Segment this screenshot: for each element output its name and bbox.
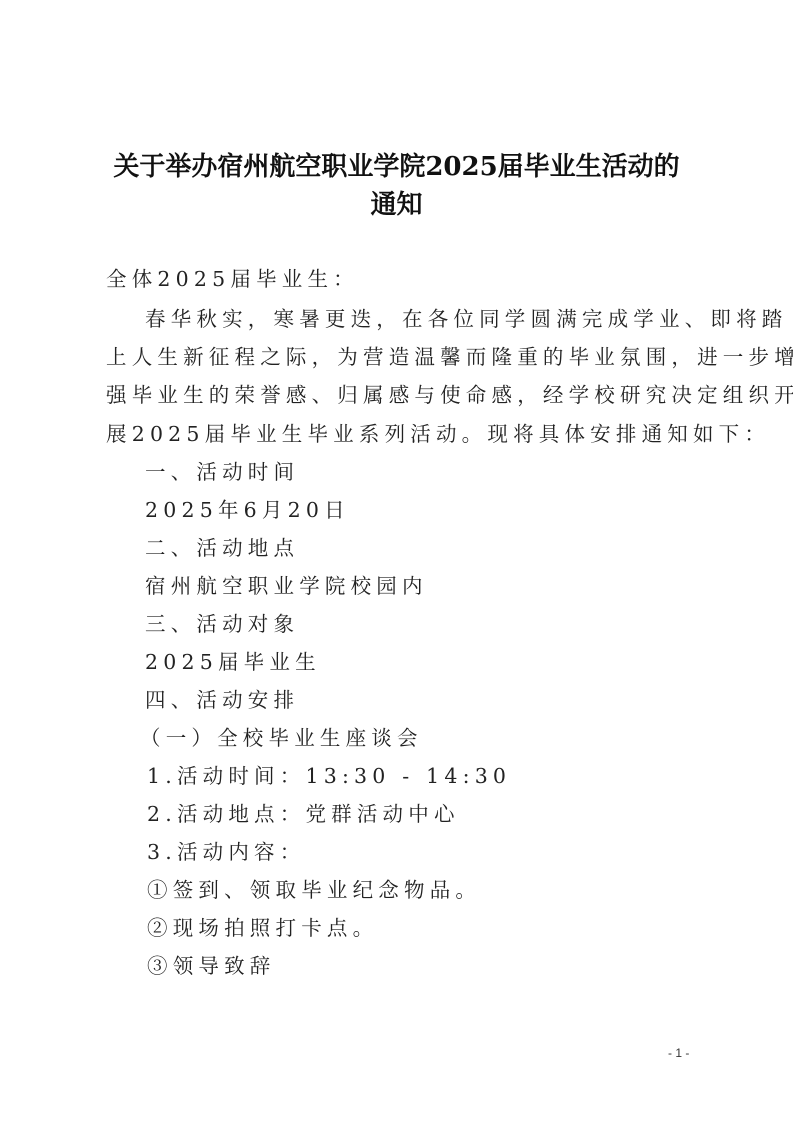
subsection-heading: （一）全校毕业生座谈会: [140, 721, 423, 751]
document-title-line2: 通知: [0, 184, 793, 221]
section-value-time: 2025年6月20日: [145, 493, 350, 523]
list-item-location: 2.活动地点：党群活动中心: [147, 797, 460, 827]
content-item-3: ③领导致辞: [147, 949, 276, 979]
section-value-audience: 2025届毕业生: [145, 645, 321, 675]
paragraph-line-2: 上人生新征程之际，为营造温馨而隆重的毕业氛围，进一步增: [106, 340, 793, 370]
section-heading-time: 一、活动时间: [145, 455, 299, 485]
list-item-content: 3.活动内容：: [147, 835, 305, 865]
paragraph-line-1: 春华秋实，寒暑更迭，在各位同学圆满完成学业、即将踏: [145, 302, 788, 332]
section-value-location: 宿州航空职业学院校园内: [145, 569, 428, 599]
list-item-time: 1.活动时间：13:30 - 14:30: [147, 759, 511, 789]
content-item-2: ②现场拍照打卡点。: [147, 911, 378, 941]
document-title-line1: 关于举办宿州航空职业学院2025届毕业生活动的: [0, 146, 793, 183]
salutation: 全体2025届毕业生：: [106, 262, 359, 292]
page-number: - 1 -: [668, 1046, 689, 1060]
section-heading-audience: 三、活动对象: [145, 607, 299, 637]
paragraph-line-3: 强毕业生的荣誉感、归属感与使命感，经学校研究决定组织开: [106, 378, 793, 408]
section-heading-location: 二、活动地点: [145, 531, 299, 561]
content-item-1: ①签到、领取毕业纪念物品。: [147, 873, 481, 903]
section-heading-schedule: 四、活动安排: [145, 683, 299, 713]
paragraph-line-4: 展2025届毕业生毕业系列活动。现将具体安排通知如下：: [106, 417, 770, 447]
